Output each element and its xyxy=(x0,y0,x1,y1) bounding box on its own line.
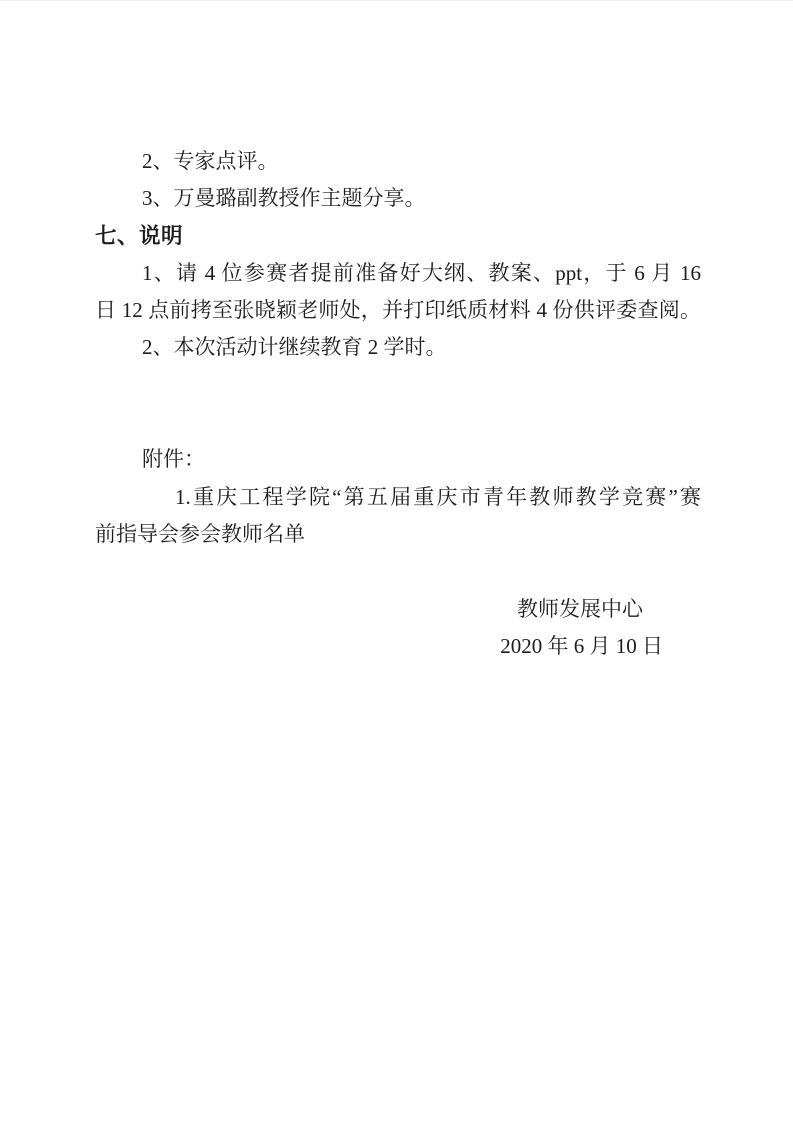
blank-gap xyxy=(95,367,701,442)
note-1-line-1: 1、请 4 位参赛者提前准备好大纲、教案、ppt，于 6 月 16 xyxy=(95,255,701,292)
attachment-item-line-1: 1.重庆工程学院“第五届重庆市青年教师教学竞赛”赛 xyxy=(95,479,701,516)
blank-gap xyxy=(95,553,701,590)
attachment-item-line-2: 前指导会参会教师名单 xyxy=(95,516,701,553)
agenda-item-2: 2、专家点评。 xyxy=(95,143,701,180)
section-heading: 七、说明 xyxy=(95,218,701,255)
agenda-item-3: 3、万曼璐副教授作主题分享。 xyxy=(95,180,701,217)
attachment-label: 附件： xyxy=(95,441,701,478)
note-1-line-2: 日 12 点前拷至张晓颖老师处，并打印纸质材料 4 份供评委查阅。 xyxy=(95,292,701,329)
signature-date: 2020 年 6 月 10 日 xyxy=(95,628,701,665)
document-page: 2、专家点评。 3、万曼璐副教授作主题分享。 七、说明 1、请 4 位参赛者提前… xyxy=(0,0,793,1122)
signature-organization: 教师发展中心 xyxy=(95,591,701,628)
document-body: 2、专家点评。 3、万曼璐副教授作主题分享。 七、说明 1、请 4 位参赛者提前… xyxy=(95,143,701,665)
note-2: 2、本次活动计继续教育 2 学时。 xyxy=(95,329,701,366)
